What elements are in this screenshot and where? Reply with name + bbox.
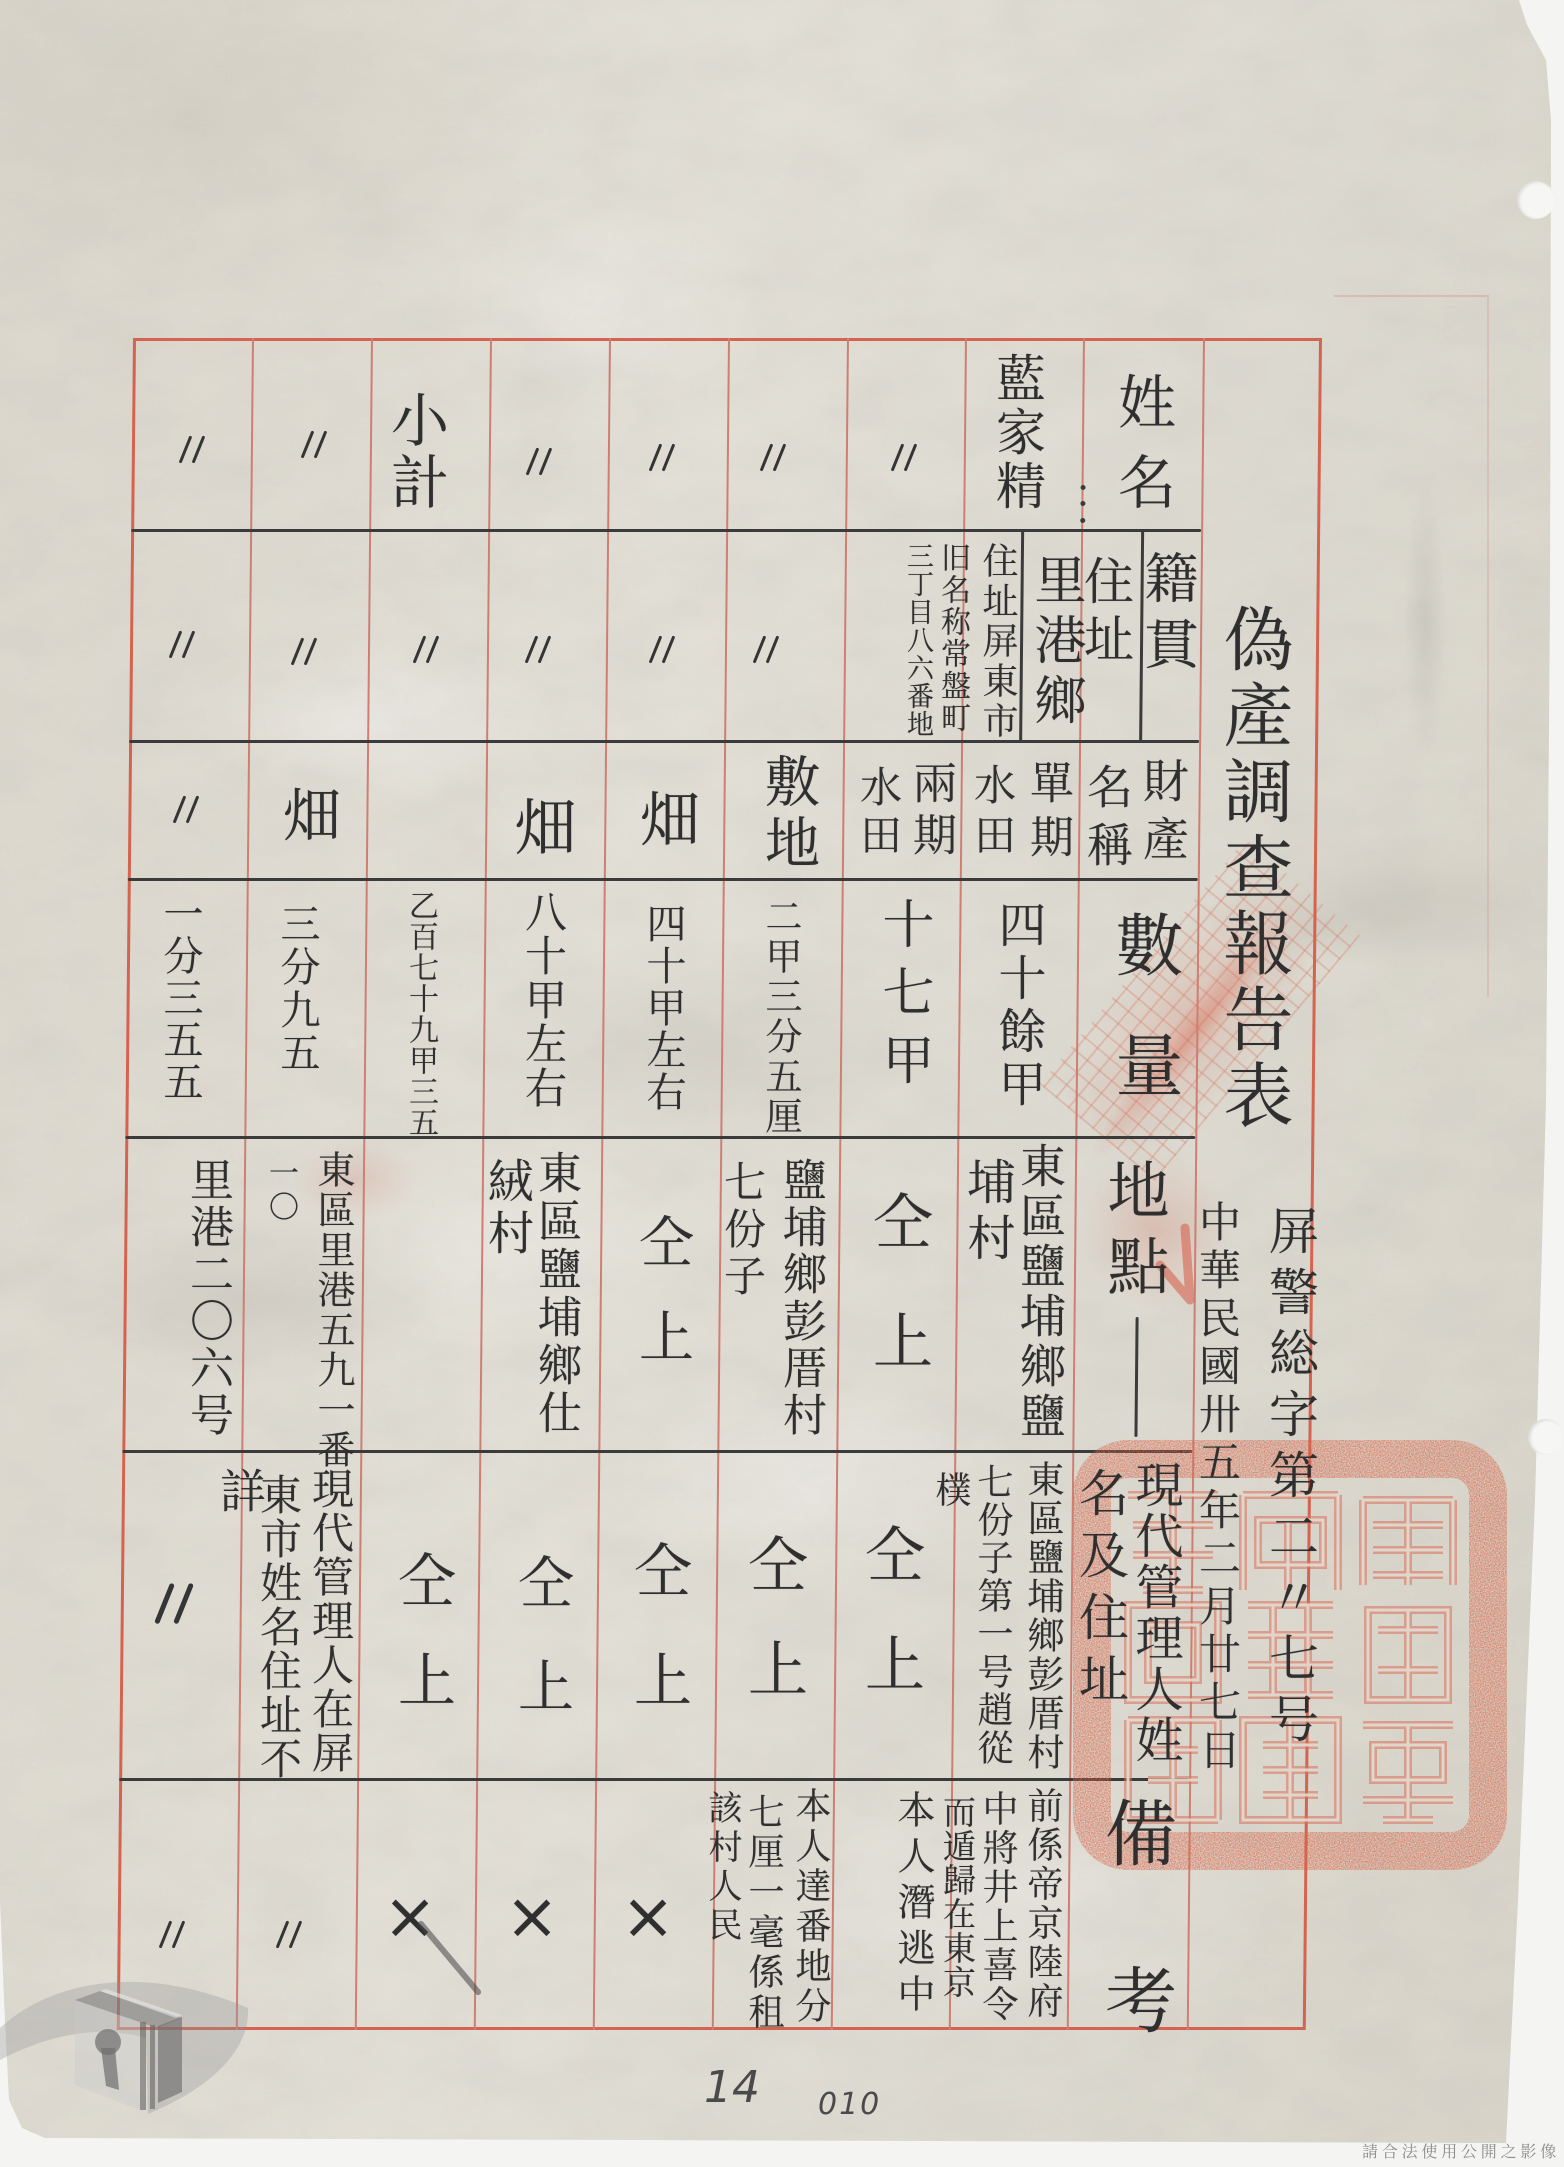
scanned-page: 姓名 籍貫 住址 財產 名稱 數量 地點 現代管理人姓 名及住址 備考 偽產調查… <box>0 0 1564 2167</box>
label-name: 姓名 <box>1113 372 1171 532</box>
subtotal-quantity: 乙百七十九甲三五 <box>405 890 435 1138</box>
record-location: 仝上 <box>868 1190 928 1430</box>
row-rule-location <box>122 1450 1192 1453</box>
record-property-name: 水田 <box>857 765 899 861</box>
record-remarks: 而遁歸在東京 <box>941 1795 974 1999</box>
record-remarks: × <box>616 1880 680 1954</box>
record-location: 埔村 <box>963 1157 1011 1269</box>
label-origin: 籍貫 <box>1140 550 1194 682</box>
ink-dot <box>1080 501 1085 506</box>
record-property-name: 單期 <box>1025 760 1069 868</box>
record-property-name: 畑 <box>509 795 571 857</box>
record-property-name: 畑 <box>278 785 336 843</box>
record-manager: 現代管理人在屏 <box>309 1467 351 1775</box>
record-location: 鹽埔鄉彭厝村 <box>778 1157 822 1439</box>
record-quantity: 一分三五五 <box>160 893 200 1103</box>
record-name: 〃 <box>643 438 683 478</box>
record-remarks: 前係帝京陸府 <box>1024 1787 1060 2021</box>
ink-dot <box>1080 518 1085 523</box>
record-property-name: 〃 <box>167 790 207 830</box>
record-property-name: 水田 <box>971 763 1013 863</box>
record-name: 〃 <box>295 425 335 465</box>
record-origin: 〃 <box>747 630 787 670</box>
record-manager: 東區鹽埔鄉彭厝村 <box>1024 1460 1061 1772</box>
record-quantity: 十七甲 <box>877 897 929 1101</box>
reference-number: 屏警総字第二〃七号 <box>1265 1205 1315 1754</box>
record-property-name: 畑 <box>635 788 695 848</box>
record-remarks: × <box>500 1880 564 1954</box>
record-location: 東區里港五九一番 <box>314 1150 352 1470</box>
record-location: 東區鹽埔鄉仕 <box>533 1150 577 1438</box>
watermark-text: 請合法使用公開之影像 <box>1362 2144 1560 2160</box>
record-manager: 仝上 <box>513 1553 569 1761</box>
record-remarks: 中將井上喜令 <box>979 1790 1015 2024</box>
record-address-line: 旧名称常盤町 <box>937 542 967 734</box>
record-property-name: 兩期 <box>908 760 952 864</box>
record-property-name: 敷地 <box>760 753 815 875</box>
record-quantity: 四十甲左右 <box>643 903 683 1113</box>
record-origin: 〃 <box>643 630 683 670</box>
record-manager: 仝上 <box>743 1533 803 1743</box>
record-remarks: 該村人民 <box>705 1790 739 1946</box>
record-remarks: 〃 <box>270 1915 310 1955</box>
label-quantity: 數量 <box>1109 910 1177 1150</box>
record-quantity: 二甲三分五厘 <box>762 897 799 1137</box>
page-mark: 010 <box>818 2090 881 2120</box>
record-address-line: 住址屏東市 <box>979 542 1015 742</box>
record-manager: 東市姓名住址不 <box>257 1473 299 1781</box>
record-manager: 七份子第一号趙從 <box>974 1463 1010 1767</box>
record-name: 藍家精 <box>992 352 1042 514</box>
record-origin: 里港鄉 <box>1029 553 1081 733</box>
record-location: 仝上 <box>634 1213 689 1403</box>
row-rule-property <box>128 878 1198 881</box>
record-location: 里港二〇六号 <box>185 1157 229 1439</box>
label-manager: 名及住址 <box>1075 1467 1125 1715</box>
row-rule-origin <box>129 740 1199 743</box>
record-quantity: 三分九五 <box>277 903 317 1075</box>
record-remarks: 〃 <box>153 1915 193 1955</box>
record-remarks: 本人潛逃中 <box>894 1790 932 2020</box>
record-remarks: × <box>378 1880 442 1954</box>
record-location: 絨村 <box>485 1157 531 1261</box>
record-name: 〃 <box>173 430 213 470</box>
record-origin: 〃 <box>163 625 203 665</box>
record-name: 〃 <box>520 442 560 482</box>
record-name: 〃 <box>885 438 925 478</box>
label-manager: 現代管理人姓 <box>1131 1460 1179 1766</box>
punch-hole-top <box>1517 181 1555 219</box>
record-remarks: 本人達番地分 <box>792 1787 828 2027</box>
record-manager: 樸 <box>932 1471 968 1507</box>
record-manager: 仝上 <box>629 1540 687 1760</box>
label-address: 住址 <box>1080 555 1130 671</box>
record-location: 七份子 <box>721 1160 763 1301</box>
record-manager: 詳 <box>217 1467 263 1513</box>
record-quantity: 八十甲左右 <box>522 890 564 1110</box>
record-quantity: 四十餘甲 <box>994 900 1042 1112</box>
punch-hole-middle <box>1528 1419 1564 1455</box>
record-manager: 仝上 <box>860 1523 920 1743</box>
label-property-name: 財產 <box>1140 757 1186 873</box>
ink-dot <box>1081 485 1086 490</box>
record-manager: 〃 <box>145 1575 205 1635</box>
record-origin: 〃 <box>407 630 447 670</box>
document-title: 偽產調查報告表 <box>1218 603 1288 1135</box>
record-location: 東區鹽埔鄉鹽 <box>1017 1142 1063 1442</box>
record-name: 〃 <box>754 438 794 478</box>
record-manager: 仝上 <box>393 1550 451 1750</box>
page-mark: 14 <box>704 2066 760 2110</box>
record-origin: 〃 <box>285 632 325 672</box>
label-remarks: 備考 <box>1099 1796 1171 2130</box>
record-address-line: 三丁目八六番地 <box>904 542 931 738</box>
record-location: 一〇 <box>265 1157 295 1225</box>
record-origin: 〃 <box>519 630 559 670</box>
row-rule-quantity <box>125 1136 1195 1139</box>
subtotal-label: 小計 <box>386 390 444 514</box>
document-date: 中華民國卅五年二月廿七日 <box>1196 1200 1238 1776</box>
record-remarks: 七厘一毫係租 <box>745 1793 781 2033</box>
label-location: 地點 <box>1102 1158 1164 1310</box>
row-rule-name <box>131 529 1201 532</box>
label-property-name: 名稱 <box>1084 763 1130 879</box>
